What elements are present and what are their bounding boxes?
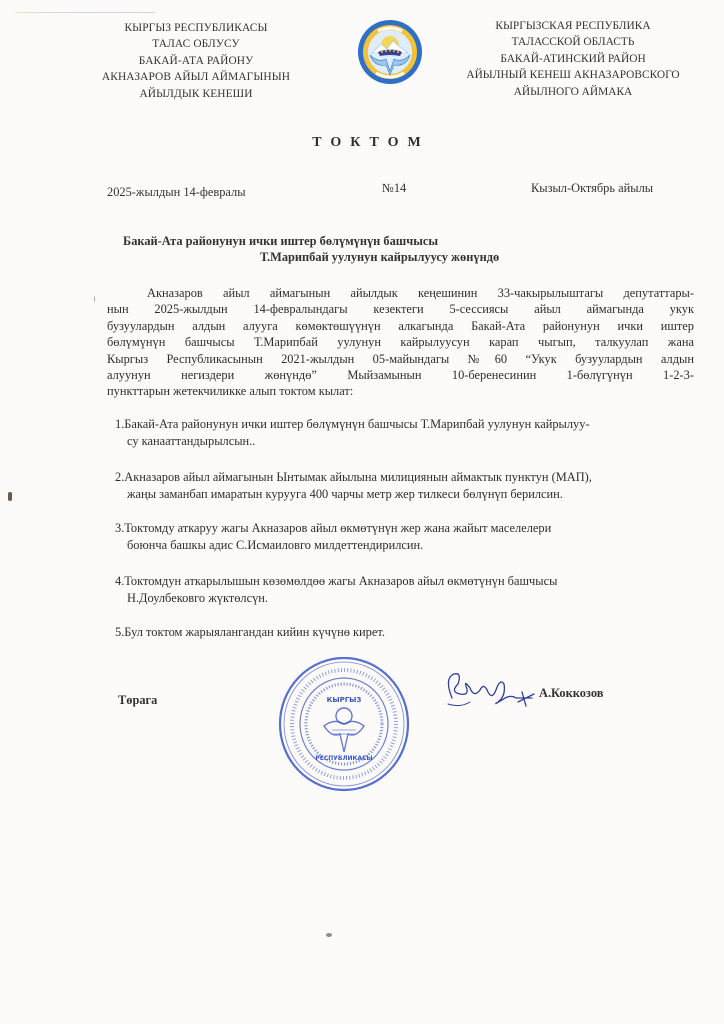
preamble-line: Акназаров айыл аймагынын айылдык кеңешин… — [107, 285, 694, 301]
item-line: 1.Бакай-Ата районунун ички иштер бөлүмүн… — [115, 416, 695, 433]
header-left-line: АКНАЗАРОВ АЙЫЛ АЙМАГЫНЫН — [98, 69, 294, 85]
state-emblem-icon — [356, 19, 424, 85]
item-line: су канааттандырылсын.. — [115, 433, 695, 450]
official-stamp-icon: КЫРГЫЗ РЕСПУБЛИКАСЫ — [276, 656, 412, 792]
subject-line: Бакай-Ата районунун ички иштер бөлүмүнүн… — [123, 233, 643, 249]
header-kyrgyz: КЫРГЫЗ РЕСПУБЛИКАСЫ ТАЛАС ОБЛУСУ БАКАЙ-А… — [98, 20, 294, 102]
signer-position: Төрага — [118, 693, 157, 708]
header-russian: КЫРГЫЗСКАЯ РЕСПУБЛИКА ТАЛАССКОЙ ОБЛАСТЬ … — [448, 18, 698, 100]
resolution-item-1: 1.Бакай-Ата районунун ички иштер бөлүмүн… — [115, 416, 695, 450]
item-line: 4.Токтомдун аткарылышын көзөмөлдөө жагы … — [115, 573, 695, 590]
item-line: Н.Доулбековго жүктөлсүн. — [115, 590, 695, 607]
resolution-item-3: 3.Токтомду аткаруу жагы Акназаров айыл ө… — [115, 520, 695, 554]
handwritten-signature — [440, 668, 540, 712]
header-right-line: БАКАЙ-АТИНСКИЙ РАЙОН — [448, 51, 698, 67]
signer-name: А.Коккозов — [539, 686, 603, 701]
resolution-item-2: 2.Акназаров айыл аймагынын Ынтымак айылы… — [115, 469, 695, 503]
scan-speck — [94, 296, 95, 302]
svg-text:КЫРГЫЗ: КЫРГЫЗ — [327, 696, 362, 704]
document-place: Кызыл-Октябрь айылы — [531, 181, 653, 196]
document-subject: Бакай-Ата районунун ички иштер бөлүмүнүн… — [0, 233, 724, 265]
header-left-line: БАКАЙ-АТА РАЙОНУ — [98, 53, 294, 69]
scan-speck — [8, 492, 12, 501]
preamble-line: нын 2025-жылдын 14-февралындагы кезектег… — [107, 301, 694, 317]
header-right-line: АЙЫЛНОГО АЙМАКА — [448, 84, 698, 100]
header-left-line: КЫРГЫЗ РЕСПУБЛИКАСЫ — [98, 20, 294, 36]
document-title: ТОКТОМ — [0, 135, 724, 151]
subject-line: Т.Марипбай уулунун кайрылуусу жөнүндө — [260, 249, 724, 265]
document-number: №14 — [382, 181, 406, 196]
preamble-line: алуунун негиздери жөнүндө” Мыйзамынын 10… — [107, 367, 694, 383]
resolution-item-4: 4.Токтомдун аткарылышын көзөмөлдөө жагы … — [115, 573, 695, 607]
header-right-line: КЫРГЫЗСКАЯ РЕСПУБЛИКА — [448, 18, 698, 34]
preamble-paragraph: Акназаров айыл аймагынын айылдык кеңешин… — [107, 285, 694, 400]
header-left-line: АЙЫЛДЫК КЕНЕШИ — [98, 86, 294, 102]
header-left-line: ТАЛАС ОБЛУСУ — [98, 36, 294, 52]
header-right-line: ТАЛАССКОЙ ОБЛАСТЬ — [448, 34, 698, 50]
preamble-line: пункттарын жетекчиликке алып токтом кыла… — [107, 383, 694, 399]
scan-speck — [326, 933, 332, 937]
preamble-line: Кыргыз Республикасынын 2021-жылдын 05-ма… — [107, 351, 694, 367]
preamble-line: бузуулардын алдын алууга көмөктөшүүнүн а… — [107, 318, 694, 334]
item-line: боюнча башкы адис С.Исмаиловго милдеттен… — [115, 537, 695, 554]
item-line: 3.Токтомду аткаруу жагы Акназаров айыл ө… — [115, 520, 695, 537]
item-line: 2.Акназаров айыл аймагынын Ынтымак айылы… — [115, 469, 695, 486]
preamble-line: бөлүмүнүн башчысы Т.Марипбай уулунун кай… — [107, 334, 694, 350]
resolution-item-5: 5.Бул токтом жарыялангандан кийин күчүнө… — [115, 624, 695, 641]
header-right-line: АЙЫЛНЫЙ КЕНЕШ АКНАЗАРОВСКОГО — [448, 67, 698, 83]
document-page: КЫРГЫЗ РЕСПУБЛИКАСЫ ТАЛАС ОБЛУСУ БАКАЙ-А… — [0, 0, 724, 1024]
document-date: 2025-жылдын 14-февралы — [107, 185, 246, 200]
item-line: 5.Бул токтом жарыялангандан кийин күчүнө… — [115, 624, 695, 641]
scan-artifact-line — [15, 12, 155, 13]
svg-text:РЕСПУБЛИКАСЫ: РЕСПУБЛИКАСЫ — [315, 755, 372, 762]
item-line: жаңы заманбап имаратын курууга 400 чарчы… — [115, 486, 695, 503]
